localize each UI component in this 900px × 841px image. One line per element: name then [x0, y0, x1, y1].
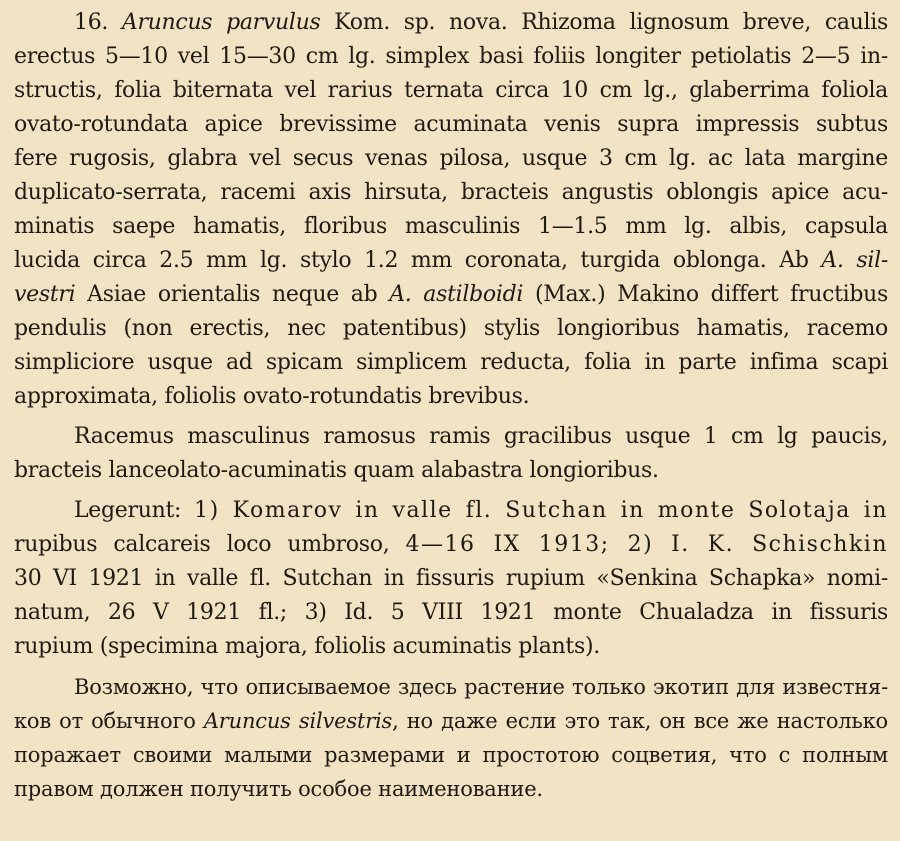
- legerunt-line: 30 VI 1921 in valle fl. Sutchan in fissu…: [14, 562, 888, 596]
- description-line: approximata, foliolis ovato-rotundatis b…: [14, 380, 888, 414]
- legerunt-line: rupibus calcareis loco umbroso, 4—16 IX …: [14, 528, 888, 562]
- description-line: minatis saepe hamatis, floribus masculin…: [14, 210, 888, 244]
- species-reference: vestri: [14, 282, 75, 307]
- species-number: 16.: [74, 10, 108, 35]
- description-line: structis, folia biternata vel rarius ter…: [14, 74, 888, 108]
- species-heading-line: 16. Aruncus parvulus Kom. sp. nova. Rhiz…: [14, 6, 888, 40]
- legerunt-line: rupium (specimina majora, foliolis acumi…: [14, 630, 888, 664]
- russian-text: ков от обычного: [14, 709, 204, 733]
- russian-line: поражает своими малыми размерами и прост…: [14, 738, 888, 772]
- racemus-line: Racemus masculinus ramosus ramis gracili…: [14, 420, 888, 454]
- description-text: lucida circa 2.5 mm lg. stylo 1.2 mm cor…: [14, 248, 809, 273]
- description-line: erectus 5—10 vel 15—30 cm lg. simplex ba…: [14, 40, 888, 74]
- locality-text: rupibus calcareis loco umbroso,: [14, 532, 406, 557]
- legerunt-label: Legerunt:: [74, 498, 181, 523]
- species-reference: A. astilboidi: [389, 282, 523, 307]
- legerunt-line: Legerunt: 1) Komarov in valle fl. Sutcha…: [14, 494, 888, 528]
- description-text: Rhizoma lignosum breve, caulis: [521, 10, 888, 35]
- description-line: pendulis (non erectis, nec patentibus) s…: [14, 312, 888, 346]
- description-line: simpliciore usque ad spicam simplicem re…: [14, 346, 888, 380]
- racemus-line: bracteis lanceolato-acuminatis quam alab…: [14, 454, 888, 488]
- species-author: Kom. sp. nova.: [334, 10, 507, 35]
- description-line: lucida circa 2.5 mm lg. stylo 1.2 mm cor…: [14, 244, 888, 278]
- russian-line: Возможно, что описываемое здесь растение…: [14, 670, 888, 704]
- description-line: vestri Asiae orientalis neque ab A. asti…: [14, 278, 888, 312]
- collector-text: 4—16 IX 1913; 2) I. K. Schischkin: [406, 532, 888, 557]
- description-line: ovato-rotundata apice brevissime acumina…: [14, 108, 888, 142]
- description-line: duplicato-serrata, racemi axis hirsuta, …: [14, 176, 888, 210]
- collector-text: 1) Komarov in valle fl. Sutchan in monte…: [181, 498, 888, 523]
- description-text: (Max.) Makino differt fructibus: [523, 282, 888, 307]
- species-reference: A. sil-: [821, 248, 888, 273]
- description-text: Asiae orientalis neque ab: [75, 282, 389, 307]
- species-reference: Aruncus silvestris: [204, 709, 392, 733]
- russian-line: ков от обычного Aruncus silvestris, но д…: [14, 704, 888, 738]
- description-line: fere rugosis, glabra vel secus venas pil…: [14, 142, 888, 176]
- legerunt-line: natum, 26 V 1921 fl.; 3) Id. 5 VIII 1921…: [14, 596, 888, 630]
- species-name: Aruncus parvulus: [122, 10, 321, 35]
- russian-line: правом должен получить особое наименован…: [14, 772, 888, 806]
- russian-text: , но даже если это так, он все же настол…: [392, 709, 888, 733]
